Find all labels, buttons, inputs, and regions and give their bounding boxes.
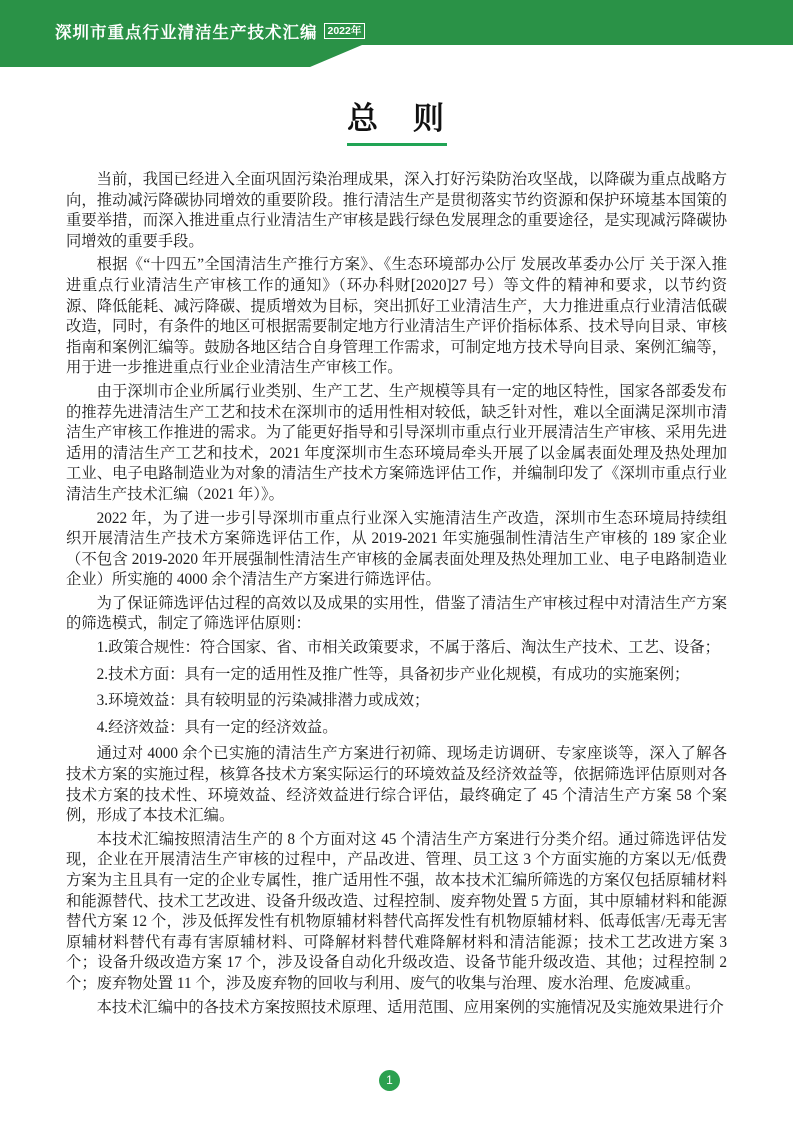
principle-item: 1.政策合规性：符合国家、省、市相关政策要求，不属于落后、淘汰生产技术、工艺、设… bbox=[66, 638, 727, 659]
page-number-badge: 1 bbox=[379, 1070, 400, 1091]
paragraph: 为了保证筛选评估过程的高效以及成果的实用性，借鉴了清洁生产审核过程中对清洁生产方… bbox=[66, 594, 727, 635]
principles-list: 1.政策合规性：符合国家、省、市相关政策要求，不属于落后、淘汰生产技术、工艺、设… bbox=[66, 638, 727, 738]
year-badge: 2022年 bbox=[324, 23, 366, 39]
section-title: 总 则 bbox=[0, 100, 793, 138]
paragraph: 由于深圳市企业所属行业类别、生产工艺、生产规模等具有一定的地区特性，国家各部委发… bbox=[66, 382, 727, 506]
principle-item: 3.环境效益：具有较明显的污染减排潜力或成效； bbox=[66, 691, 727, 712]
principle-item: 2.技术方面：具有一定的适用性及推广性等，具备初步产业化规模，有成功的实施案例； bbox=[66, 665, 727, 686]
paragraph: 本技术汇编中的各技术方案按照技术原理、适用范围、应用案例的实施情况及实施效果进行… bbox=[66, 998, 727, 1019]
paragraph: 当前，我国已经进入全面巩固污染治理成果，深入打好污染防治攻坚战，以降碳为重点战略… bbox=[66, 170, 727, 252]
principle-item: 4.经济效益：具有一定的经济效益。 bbox=[66, 718, 727, 739]
header-title: 深圳市重点行业清洁生产技术汇编 bbox=[55, 19, 318, 43]
paragraph: 本技术汇编按照清洁生产的 8 个方面对这 45 个清洁生产方案进行分类介绍。通过… bbox=[66, 830, 727, 995]
paragraph: 2022 年，为了进一步引导深圳市重点行业深入实施清洁生产改造，深圳市生态环境局… bbox=[66, 509, 727, 591]
paragraph: 通过对 4000 余个已实施的清洁生产方案进行初筛、现场走访调研、专家座谈等，深… bbox=[66, 744, 727, 826]
paragraph: 根据《“十四五”全国清洁生产推行方案》、《生态环境部办公厅 发展改革委办公厅 关… bbox=[66, 255, 727, 379]
document-body: 当前，我国已经进入全面巩固污染治理成果，深入打好污染防治攻坚战，以降碳为重点战略… bbox=[0, 146, 793, 1018]
